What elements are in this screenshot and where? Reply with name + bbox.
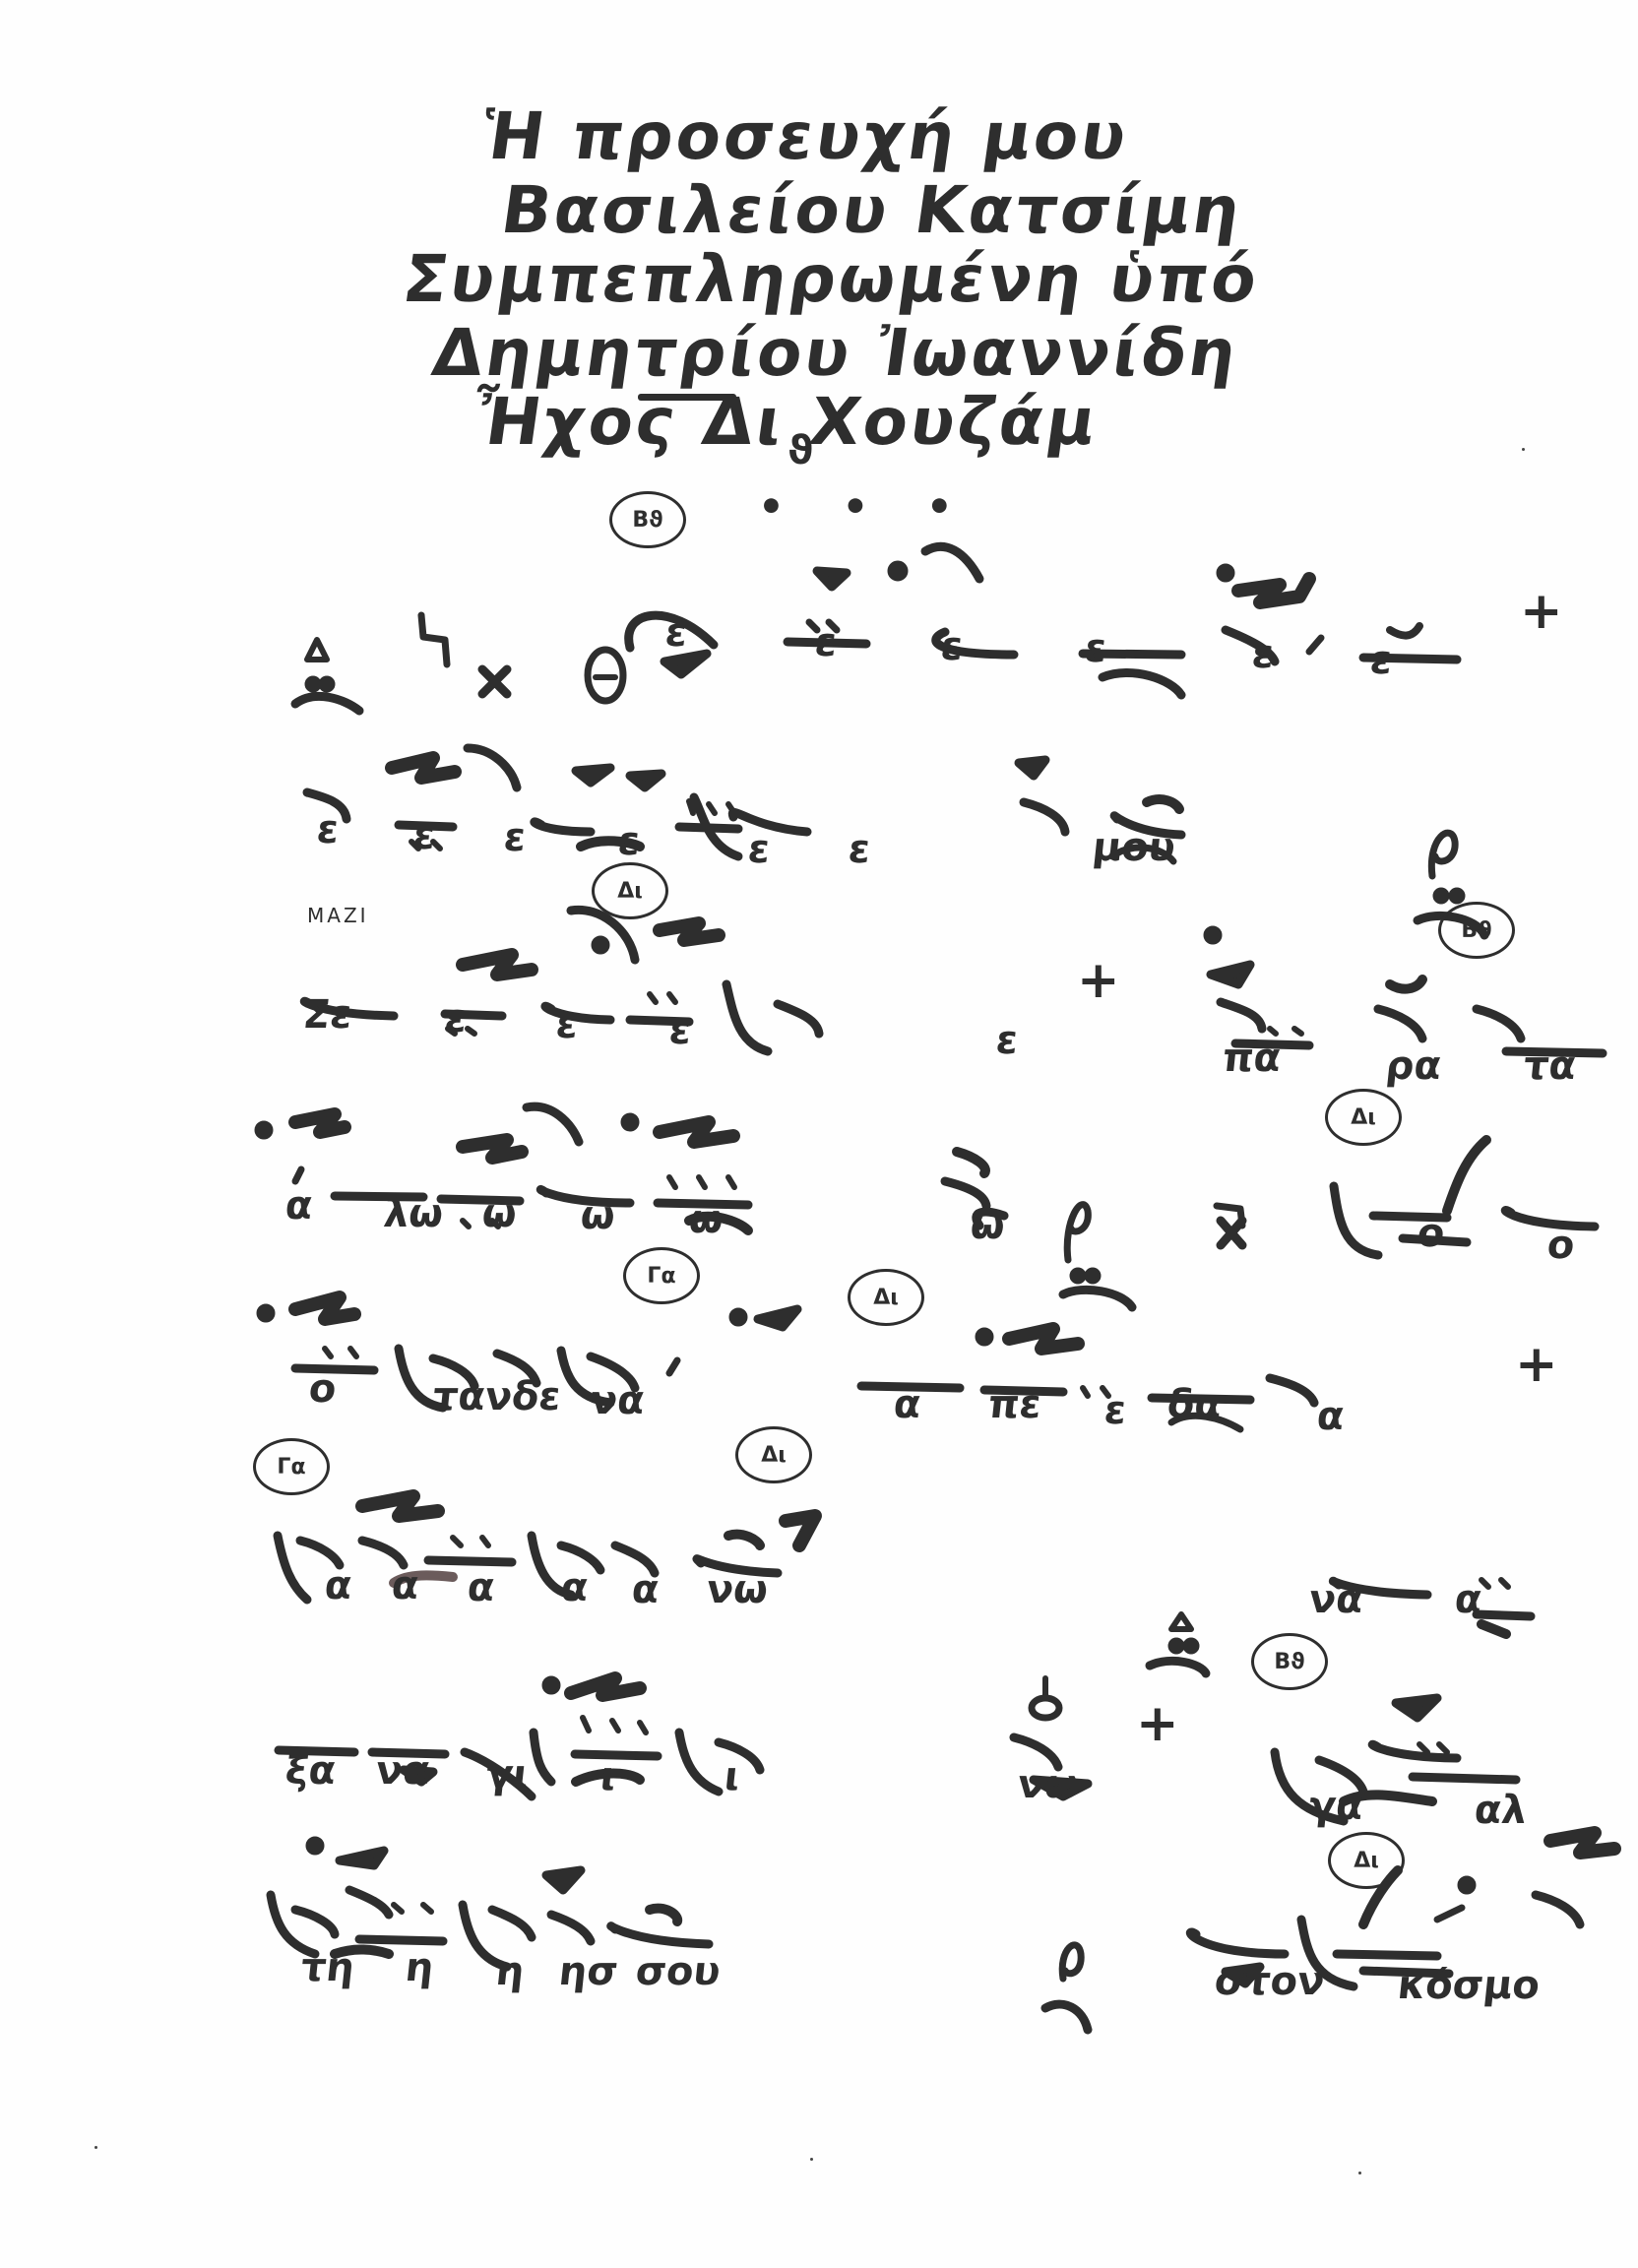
lyric-syllable: ε bbox=[502, 815, 529, 860]
row-4-neumes bbox=[259, 1106, 1595, 1307]
martyria-sign: Βϑ bbox=[1438, 902, 1515, 959]
title-line-5-mode: Ἦχος Δι Χουζάμ bbox=[468, 384, 1103, 460]
lyric-syllable: ε bbox=[1102, 1388, 1129, 1433]
lyric-syllable: κόσμο bbox=[1396, 1963, 1543, 2008]
mode-signature-icon: ϑ bbox=[787, 428, 813, 473]
manuscript-page: Ἡ προσευχή μου Βασιλείου Κατσίμη Συμπεπλ… bbox=[0, 0, 1638, 2268]
lyric-syllable: ε bbox=[667, 1008, 694, 1053]
martyria-sign: Δι bbox=[592, 862, 668, 919]
lyric-syllable: γα bbox=[1307, 1784, 1366, 1829]
lyric-syllable: στον bbox=[1213, 1959, 1327, 2004]
martyria-sign: Δι bbox=[1328, 1832, 1405, 1889]
lyric-syllable: να bbox=[589, 1378, 648, 1423]
row-2-neumes bbox=[307, 748, 1181, 861]
lyric-syllable: ε bbox=[443, 996, 470, 1041]
lyric-syllable: γι bbox=[484, 1752, 532, 1797]
lyric-syllable: ταν bbox=[431, 1374, 515, 1419]
lyric-syllable: μου bbox=[1091, 825, 1178, 870]
lyric-syllable: α bbox=[630, 1567, 661, 1612]
lyric-syllable: τα bbox=[1522, 1043, 1579, 1089]
title-line-3: Συμπεπληρωμένη ὑπό bbox=[399, 241, 1265, 317]
mode-dots-icon: • • • bbox=[758, 482, 975, 531]
martyria-sign: Δι bbox=[735, 1426, 812, 1483]
martyria-sign: Γα bbox=[623, 1247, 700, 1304]
title-underline bbox=[638, 394, 736, 401]
scan-speck bbox=[810, 2158, 813, 2161]
lyric-syllable: ε bbox=[1250, 632, 1277, 677]
plus-sign-icon: + bbox=[1515, 1335, 1558, 1394]
lyric-syllable: ω bbox=[969, 1203, 1008, 1248]
lyric-syllable: ησ bbox=[557, 1949, 620, 1994]
lyric-syllable: ω bbox=[480, 1191, 520, 1236]
lyric-syllable: η bbox=[404, 1945, 436, 1990]
lyric-syllable: ε bbox=[939, 624, 966, 669]
title-line-4: Δημητρίου Ἰωαννίδη bbox=[428, 315, 1244, 391]
lyric-syllable: ε bbox=[315, 807, 342, 852]
row-3-neumes bbox=[304, 910, 1603, 1053]
lyric-syllable: να bbox=[1307, 1577, 1366, 1622]
lyric-syllable: τη bbox=[299, 1945, 357, 1990]
lyric-syllable: ε bbox=[1083, 626, 1109, 671]
row-5-neumes bbox=[261, 1297, 1314, 1429]
lyric-syllable: ξα bbox=[283, 1748, 339, 1794]
lyric-syllable: Σε bbox=[301, 992, 354, 1038]
lyric-syllable: ω bbox=[579, 1193, 618, 1238]
lyric-syllable: α bbox=[283, 1183, 315, 1228]
title-line-1: Ἡ προσευχή μου bbox=[477, 98, 1134, 174]
martyria-sign: Βϑ bbox=[609, 491, 686, 548]
lyric-syllable: ε bbox=[813, 620, 840, 665]
lyric-syllable: ι bbox=[598, 1754, 618, 1799]
lyric-syllable: ε bbox=[1368, 638, 1395, 683]
martyria-sign: Βϑ bbox=[1251, 1633, 1328, 1690]
martyria-sign: Δι bbox=[848, 1269, 924, 1326]
lyric-syllable: να bbox=[374, 1748, 433, 1794]
lyric-syllable: ο bbox=[1416, 1211, 1447, 1256]
lyric-syllable: α bbox=[892, 1382, 923, 1427]
martyria-sign: Δι bbox=[1325, 1089, 1402, 1146]
lyric-syllable: δε bbox=[510, 1374, 564, 1419]
scan-speck bbox=[1522, 448, 1525, 451]
lyric-syllable: ε bbox=[663, 610, 690, 656]
lyric-syllable: α bbox=[390, 1563, 421, 1608]
lyric-syllable: α bbox=[1315, 1394, 1347, 1439]
lyric-syllable: α bbox=[466, 1565, 497, 1610]
annotation-mazi: MAZI bbox=[307, 904, 369, 927]
lyric-syllable: ω bbox=[687, 1197, 726, 1242]
lyric-syllable: πα bbox=[1221, 1036, 1284, 1081]
lyric-syllable: ε bbox=[746, 827, 773, 872]
lyric-syllable: ρα bbox=[1384, 1043, 1444, 1089]
title-line-2: Βασιλείου Κατσίμη bbox=[497, 172, 1248, 248]
lyric-syllable: ο bbox=[1545, 1223, 1577, 1268]
lyric-syllable: ε bbox=[994, 1018, 1021, 1063]
lyric-syllable: ε bbox=[616, 819, 643, 864]
lyric-syllable: λω bbox=[382, 1191, 446, 1236]
lyric-syllable: ε bbox=[411, 813, 438, 858]
martyria-sign: Γα bbox=[253, 1438, 330, 1495]
row-1-neumes bbox=[295, 546, 1457, 711]
lyric-syllable: α bbox=[323, 1563, 354, 1608]
lyric-syllable: νω bbox=[705, 1567, 771, 1612]
lyric-syllable: α bbox=[1453, 1577, 1484, 1622]
plus-sign-icon: + bbox=[1136, 1694, 1179, 1753]
lyric-syllable: νω bbox=[1016, 1762, 1082, 1807]
lyric-syllable: ο bbox=[307, 1366, 339, 1412]
lyric-syllable: πε bbox=[986, 1382, 1044, 1427]
scan-speck bbox=[1358, 2172, 1361, 2174]
lyric-syllable: η bbox=[494, 1949, 527, 1994]
scan-speck bbox=[94, 2146, 97, 2149]
lyric-syllable: σου bbox=[634, 1949, 723, 1994]
lyric-syllable: ε bbox=[847, 827, 873, 872]
plus-sign-icon: + bbox=[1520, 582, 1563, 641]
lyric-syllable: α bbox=[559, 1565, 591, 1610]
lyric-syllable: αλ bbox=[1473, 1788, 1530, 1833]
plus-sign-icon: + bbox=[1077, 951, 1120, 1010]
lyric-syllable: ι bbox=[723, 1754, 742, 1799]
lyric-syllable: ε bbox=[554, 1002, 581, 1047]
lyric-syllable: δα bbox=[1165, 1382, 1225, 1427]
